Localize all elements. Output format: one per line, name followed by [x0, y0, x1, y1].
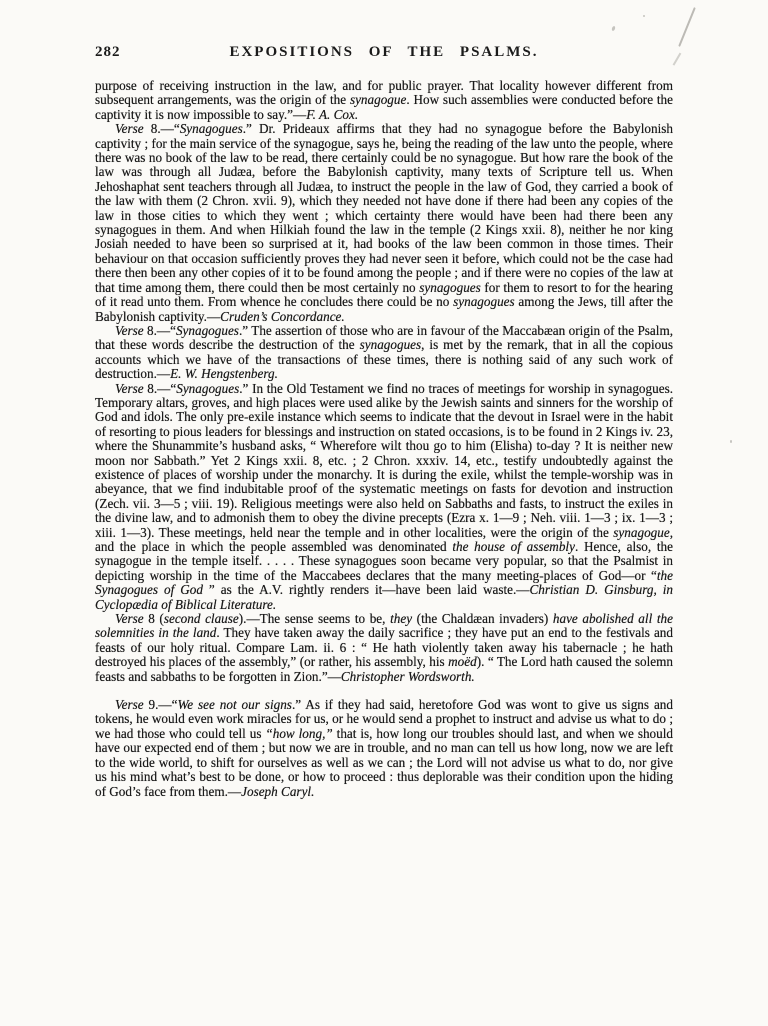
italic-text: moëd [448, 654, 477, 669]
paragraph: Verse 8.—“Synagogues.” The assertion of … [95, 324, 673, 382]
italic-text: Synagogues [180, 121, 243, 136]
body-text-segment: 8.—“ [144, 381, 177, 396]
running-header: 282 EXPOSITIONS OF THE PSALMS. [95, 44, 673, 64]
italic-text: synagogues [419, 280, 481, 295]
italic-text: the house of assembly [452, 539, 575, 554]
italic-text: synagogue [613, 525, 669, 540]
pen-mark-artifact-small [673, 53, 681, 66]
body-text-segment: ” as the A.V. rightly renders it—have be… [203, 582, 530, 597]
italic-text: Cruden’s Concordance. [220, 309, 345, 324]
italic-text: synagogues [453, 294, 515, 309]
paragraph: Verse 8.—“Synagogues.” Dr. Prideaux affi… [95, 122, 673, 324]
body-text-segment: ).—The sense seems to be, [239, 611, 390, 626]
italic-text: Synagogues [176, 381, 239, 396]
page-number: 282 [95, 44, 121, 61]
paragraph: purpose of receiving instruction in the … [95, 79, 673, 122]
pen-mark-artifact [678, 7, 696, 47]
body-text-segment: 8.—“ [144, 323, 176, 338]
body-text-segment: 8.—“ [144, 121, 180, 136]
body-text-segment: .” Dr. Prideaux affirms that they had no… [95, 121, 673, 294]
book-page: 282 EXPOSITIONS OF THE PSALMS. purpose o… [0, 0, 768, 1026]
italic-text: Joseph Caryl. [241, 784, 314, 799]
italic-text: F. A. Cox. [306, 107, 358, 122]
body-text-segment: (the Chaldæan invaders) [412, 611, 553, 626]
italic-text: synagogues [360, 337, 422, 352]
page-body-text: purpose of receiving instruction in the … [95, 79, 673, 799]
scan-speck [611, 26, 616, 32]
body-text-segment: 9.—“ [144, 697, 178, 712]
italic-text: Verse [115, 697, 144, 712]
scan-speck [730, 440, 732, 443]
paragraph: Verse 8 (second clause).—The sense seems… [95, 612, 673, 684]
body-text-segment: .” In the Old Testament we find no trace… [95, 381, 673, 540]
italic-text: they [390, 611, 412, 626]
italic-text: Christopher Wordsworth. [341, 669, 475, 684]
body-text-segment: 8 ( [144, 611, 164, 626]
italic-text: Synagogues [176, 323, 239, 338]
scan-speck [643, 15, 645, 17]
italic-text: synagogue [350, 92, 406, 107]
italic-text: Verse [115, 611, 144, 626]
paragraph: Verse 8.—“Synagogues.” In the Old Testam… [95, 382, 673, 613]
italic-text: We see not our signs [177, 697, 291, 712]
running-header-title: EXPOSITIONS OF THE PSALMS. [95, 44, 673, 61]
italic-text: Verse [115, 323, 144, 338]
italic-text: Verse [115, 381, 144, 396]
italic-text: Verse [115, 121, 144, 136]
italic-text: “how long,” [265, 726, 332, 741]
italic-text: second clause [164, 611, 239, 626]
italic-text: E. W. Hengstenberg. [170, 366, 278, 381]
paragraph: Verse 9.—“We see not our signs.” As if t… [95, 698, 673, 799]
